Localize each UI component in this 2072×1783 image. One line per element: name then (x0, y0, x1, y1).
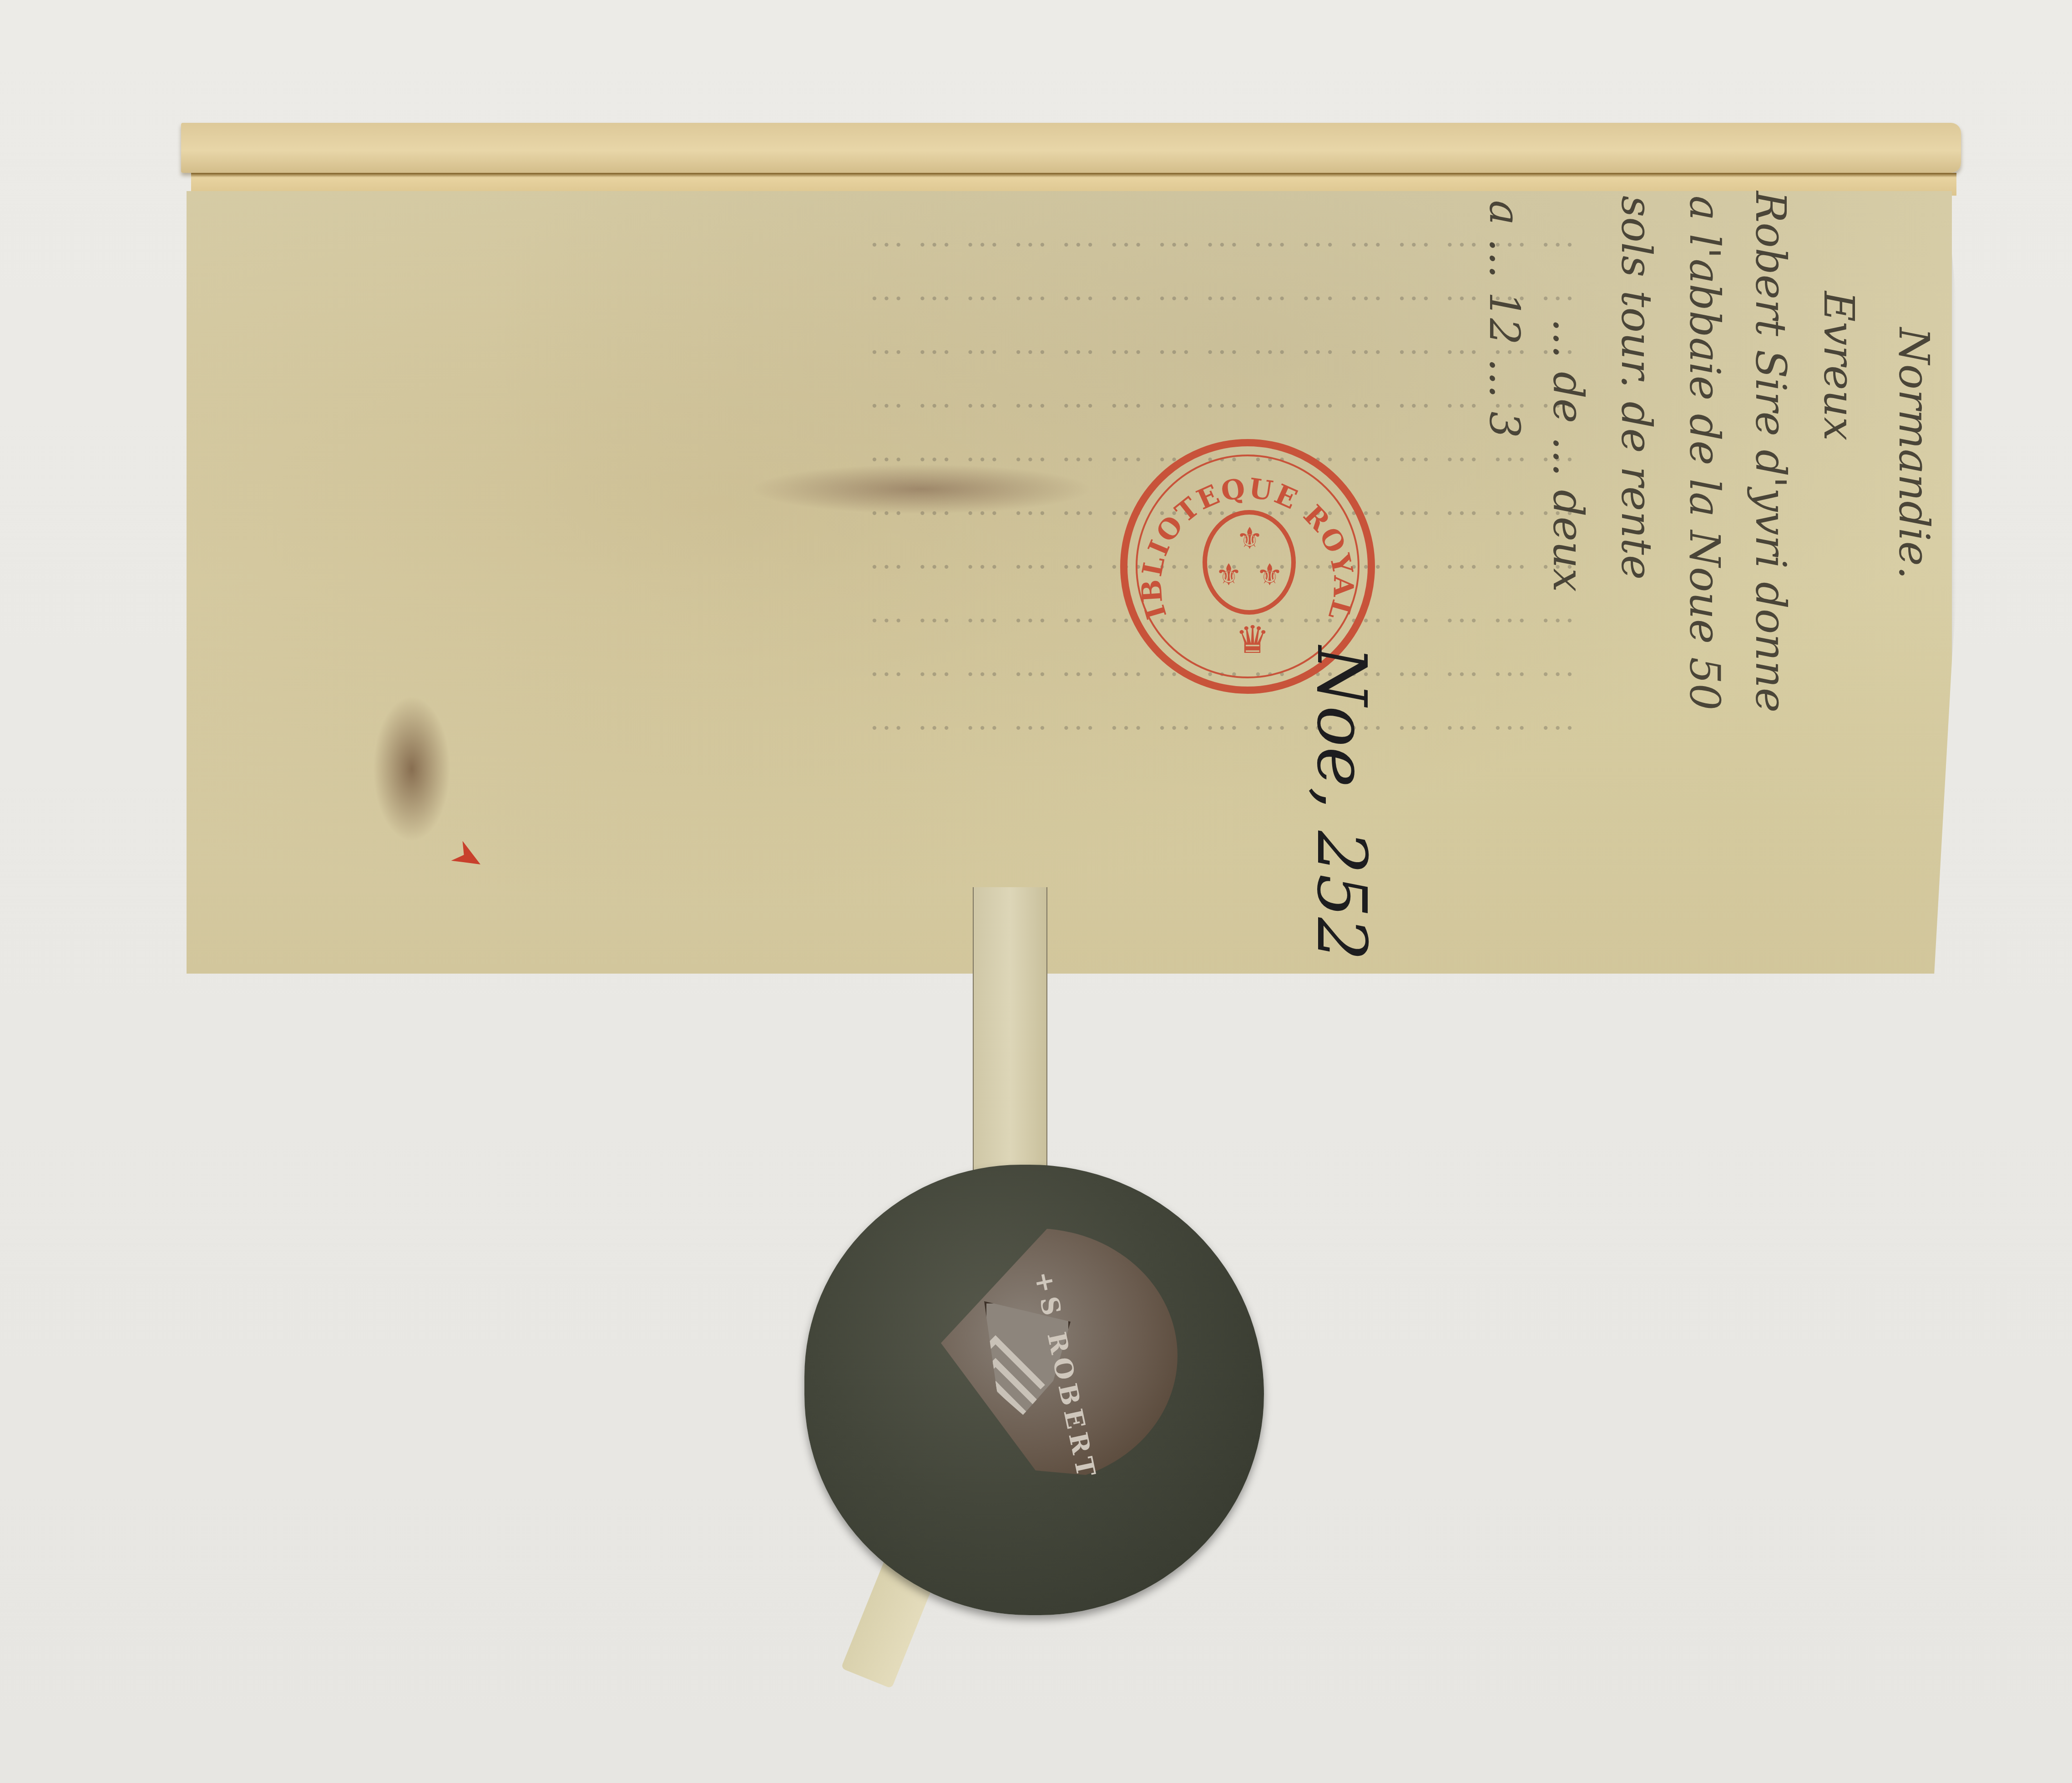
ghost-line: ··· ··· ··· ··· ··· ··· ··· ··· ··· ··· … (255, 379, 1574, 433)
endorsement-line: Normandie. (1890, 328, 1938, 579)
ghost-line: ··· ··· ··· ··· ··· ··· ··· ··· ··· ··· … (255, 326, 1574, 379)
fleur-de-lis-icon: ⚜ (1215, 560, 1242, 590)
ink-stain (373, 696, 450, 842)
endorsement-line: ... de ... deux (1544, 318, 1592, 592)
fleur-de-lis-icon: ⚜ (1256, 560, 1283, 590)
fleur-de-lis-icon: ⚜ (1236, 524, 1263, 554)
ghost-line: ··· ··· ··· ··· ··· ··· ··· ··· ··· ··· … (255, 272, 1574, 326)
endorsement-line: sols tour. de rente (1612, 196, 1661, 580)
endorsement-line: a ... 12 ... 3 (1480, 200, 1529, 438)
ghost-line: ··· ··· ··· ··· ··· ··· ··· ··· ··· ··· … (255, 218, 1574, 272)
crown-icon: ♛ (1214, 615, 1291, 665)
endorsement-line: a l'abbaie de la Noue 50 (1680, 196, 1729, 710)
ghost-line: ··· ··· ··· ··· ··· ··· ··· ··· ··· ··· … (255, 594, 1574, 648)
ghost-line: ··· ··· ··· ··· ··· ··· ··· ··· ··· ··· … (255, 540, 1574, 594)
parchment-top-fold (181, 123, 1961, 173)
wax-seal: +S ROBERT (804, 1165, 1264, 1615)
endorsement-line: Robert Sire d'yvri donne (1746, 191, 1795, 712)
brown-stain (751, 464, 1092, 514)
stamp-emblem: ⚜ ⚜ ⚜ (1203, 510, 1296, 615)
shelfmark: Noe, 252 (1302, 646, 1381, 961)
endorsement-line: Evreux (1814, 291, 1863, 441)
